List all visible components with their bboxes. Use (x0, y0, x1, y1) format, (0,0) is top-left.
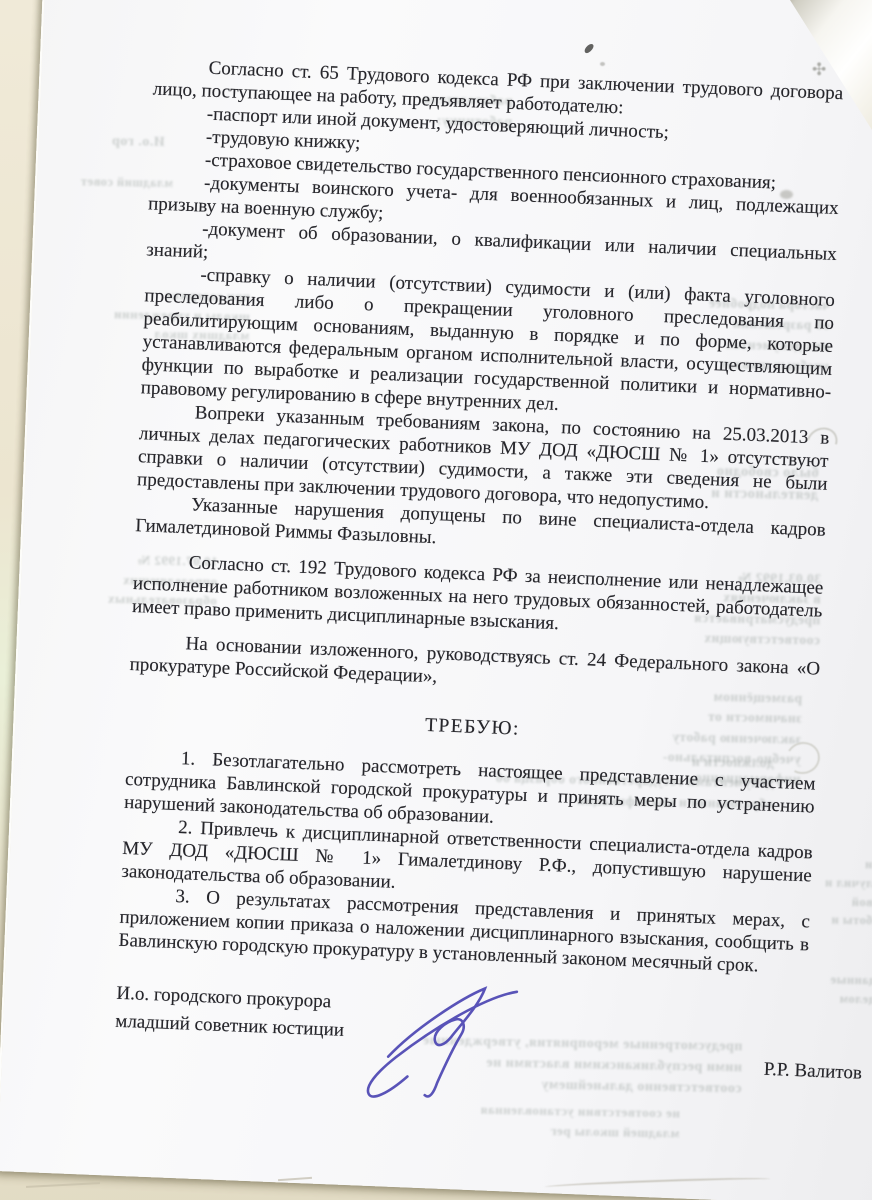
signer-position: И.о. городского прокурора младший советн… (115, 980, 807, 1064)
bleedthrough-fragment: не соответствии установленная младшей шк… (399, 1098, 680, 1142)
demand-list: 1. Безотлагательно рассмотреть настоящее… (118, 745, 816, 980)
document-page: работодателя работнику:И.о. гормладший с… (0, 0, 872, 1200)
paragraph: -справку о наличии (отсутствии) судимост… (140, 261, 835, 427)
paragraph: Согласно ст. 192 Трудового кодекса РФ за… (132, 549, 824, 646)
document-content: Согласно ст. 65 Трудового кодекса РФ при… (114, 54, 844, 1093)
bottom-left-dash-artifact (26, 1182, 100, 1188)
smudge-artifact: ✣ (812, 60, 830, 80)
scanner-background: работодателя работнику:И.о. гормладший с… (0, 0, 872, 1200)
dot-artifact (600, 62, 605, 66)
demand-heading: ТРЕБУЮ: (127, 702, 817, 753)
smudge-artifact-small (780, 190, 793, 199)
body-paragraphs: Согласно ст. 65 Трудового кодекса РФ при… (129, 54, 843, 703)
pencil-mark: η, (583, 351, 597, 369)
signer-name: Р.Р. Валитов (763, 1058, 862, 1085)
